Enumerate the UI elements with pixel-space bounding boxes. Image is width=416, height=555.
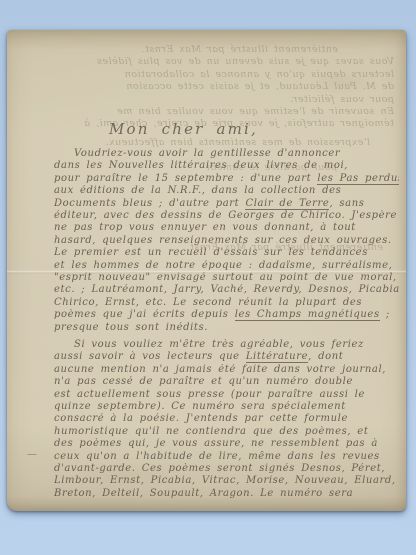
handwritten-line: presque tous sont inédits.	[54, 322, 399, 334]
line-segment: pour paraître le 15 septembre : d'une pa…	[54, 173, 317, 184]
handwritten-line: Voudriez-vous avoir la gentillesse d'ann…	[54, 148, 399, 160]
handwritten-line: d'avant-garde. Ces poèmes seront signés …	[54, 463, 399, 475]
bleedthrough-line: de M. Paul Léautaud, et je saisis cette …	[41, 81, 394, 93]
letter-page: entièrement illustré par Max Ernst. Vous…	[7, 30, 406, 511]
bleedthrough-line: entièrement illustré par Max Ernst.	[41, 44, 394, 56]
line-segment: poèmes que j'ai écrits depuis	[54, 309, 235, 320]
handwritten-line: ne pas trop vous ennuyer en vous donnant…	[54, 222, 399, 234]
handwritten-line: et les hommes de notre époque : dadaïsme…	[54, 260, 399, 272]
handwritten-line: des poèmes qui, je vous assure, ne resse…	[54, 438, 399, 450]
line-segment: aussi savoir à vos lecteurs que	[54, 351, 246, 362]
handwritten-line: Limbour, Ernst, Picabia, Vitrac, Morise,…	[54, 475, 399, 487]
handwritten-line: hasard, quelques renseignements sur ces …	[54, 235, 399, 247]
underlined-title: Littérature	[246, 351, 308, 363]
handwritten-line: aussi savoir à vos lecteurs que Littérat…	[54, 351, 399, 363]
handwritten-line: poèmes que j'ai écrits depuis les Champs…	[54, 309, 399, 321]
handwritten-line: Documents bleus ; d'autre part Clair de …	[54, 198, 399, 210]
handwritten-line: éditeur, avec des dessins de Georges de …	[54, 210, 399, 222]
handwritten-line: dans les Nouvelles littéraires deux livr…	[54, 160, 399, 172]
letter-salutation: Mon cher ami,	[109, 120, 258, 138]
handwritten-line: etc. ; Lautréamont, Jarry, Vaché, Reverd…	[54, 284, 399, 296]
handwritten-line: ceux qu'on a l'habitude de lire, même da…	[54, 451, 399, 463]
handwritten-line: aucune mention n'a jamais été faite dans…	[54, 364, 399, 376]
bleedthrough-line: pour vous féliciter.	[41, 94, 394, 106]
handwritten-line: Breton, Delteil, Soupault, Aragon. Le nu…	[54, 488, 399, 500]
line-segment: ;	[380, 309, 390, 320]
bleedthrough-text: entièrement illustré par Max Ernst. Vous…	[41, 44, 394, 131]
line-segment: Documents bleus ; d'autre part	[54, 198, 245, 209]
handwritten-line: pour paraître le 15 septembre : d'une pa…	[54, 173, 399, 185]
handwritten-line: consacré à la poésie. J'entends par cett…	[54, 413, 399, 425]
letter-paragraph-1: Voudriez-vous avoir la gentillesse d'ann…	[54, 148, 399, 334]
handwritten-line: humoristique qu'il ne contiendra que des…	[54, 426, 399, 438]
bleedthrough-line: Vous savez que je suis devenu un de vos …	[41, 56, 394, 68]
underlined-title: Clair de Terre	[245, 198, 329, 210]
bleedthrough-line: lecteurs depuis qu'on y annonce la colla…	[41, 69, 394, 81]
handwritten-line: aux éditions de la N.R.F., dans la colle…	[54, 185, 399, 197]
scan-background: entièrement illustré par Max Ernst. Vous…	[0, 0, 416, 555]
handwritten-line: Si vous vouliez m'être très agréable, vo…	[54, 339, 399, 351]
line-segment: , sans	[329, 198, 364, 209]
handwritten-line: "esprit nouveau" envisagé surtout au poi…	[54, 272, 399, 284]
line-segment: , dont	[308, 351, 343, 362]
handwritten-line: n'a pas cessé de paraître et qu'un numér…	[54, 376, 399, 388]
underlined-title: les Pas perdus	[317, 173, 399, 185]
bleedthrough-line: En souvenir de l'estime que vous vouliez…	[41, 106, 394, 118]
handwritten-line: quinze septembre). Ce numéro sera spécia…	[54, 401, 399, 413]
handwritten-line: est actuellement sous presse (pour paraî…	[54, 389, 399, 401]
underlined-title: les Champs magnétiques	[235, 309, 380, 321]
margin-dash: —	[27, 449, 37, 460]
handwritten-line: Le premier est un recueil d'essais sur l…	[54, 247, 399, 259]
letter-paragraph-2: Si vous vouliez m'être très agréable, vo…	[54, 339, 399, 500]
handwritten-line: Chirico, Ernst, etc. Le second réunit la…	[54, 297, 399, 309]
